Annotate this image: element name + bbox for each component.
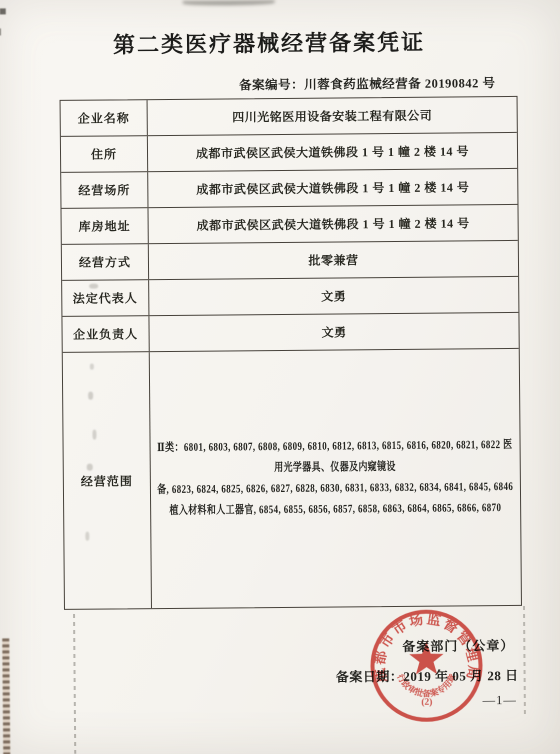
row-label: 企业名称	[61, 100, 148, 136]
table-row: 库房地址 成都市武侯区武侯大道铁佛段 1 号 1 幢 2 楼 14 号	[61, 205, 517, 245]
seal-number: (2)	[421, 697, 432, 708]
table-row: 企业负责人 文勇	[62, 313, 518, 353]
bleed-through-line	[73, 614, 76, 754]
row-label: 法定代表人	[62, 280, 149, 316]
row-value: 成都市武侯区武侯大道铁佛段 1 号 1 幢 2 楼 14 号	[148, 133, 517, 171]
scan-smudge	[183, 0, 275, 6]
record-number-value: 川蓉食药监械经营备 20190842 号	[304, 76, 495, 92]
bleed-through-line	[523, 606, 525, 718]
scanned-page: 第二类医疗器械经营备案凭证 备案编号：川蓉食药监械经营备 20190842 号 …	[0, 0, 560, 754]
row-value: 文勇	[149, 277, 518, 315]
table-row: 经营场所 成都市武侯区武侯大道铁佛段 1 号 1 幢 2 楼 14 号	[61, 169, 517, 209]
scope-line: Ⅱ类：6801, 6803, 6807, 6808, 6809, 6810, 6…	[157, 435, 513, 459]
row-label: 企业负责人	[62, 316, 149, 352]
row-value: 文勇	[149, 313, 518, 351]
row-value: 批零兼营	[149, 241, 518, 279]
row-label: 库房地址	[61, 208, 148, 244]
table-row-business-scope: 经营范围 Ⅱ类：6801, 6803, 6807, 6808, 6809, 68…	[63, 349, 521, 609]
table-row: 企业名称 四川光铭医用设备安装工程有限公司	[61, 97, 517, 137]
table-row: 经营方式 批零兼营	[62, 241, 518, 281]
record-number: 备案编号：川蓉食药监械经营备 20190842 号	[239, 73, 495, 93]
page-title: 第二类医疗器械经营备案凭证	[0, 25, 549, 61]
svg-text:行政审批备案专用章: 行政审批备案专用章	[395, 672, 458, 699]
document-sheet: 第二类医疗器械经营备案凭证 备案编号：川蓉食药监械经营备 20190842 号 …	[0, 0, 560, 754]
business-scope-text: Ⅱ类：6801, 6803, 6807, 6808, 6809, 6810, 6…	[157, 435, 514, 522]
scan-edge-mark	[0, 8, 6, 14]
table-row: 住所 成都市武侯区武侯大道铁佛段 1 号 1 幢 2 楼 14 号	[61, 133, 517, 173]
row-label: 经营范围	[63, 352, 152, 609]
binding-edge	[2, 638, 10, 754]
certificate-table: 企业名称 四川光铭医用设备安装工程有限公司 住所 成都市武侯区武侯大道铁佛段 1…	[60, 96, 522, 610]
seal-bottom-text: 行政审批备案专用章	[395, 672, 458, 699]
official-seal: 成都市市场监督管理局 行政审批备案专用章 (2)	[364, 603, 489, 728]
row-value-business-scope: Ⅱ类：6801, 6803, 6807, 6808, 6809, 6810, 6…	[150, 349, 521, 608]
scope-line: 植入材料和人工器官, 6854, 6855, 6856, 6857, 6858,…	[158, 498, 514, 522]
record-number-label: 备案编号：	[239, 78, 304, 93]
row-value: 四川光铭医用设备安装工程有限公司	[148, 97, 517, 135]
seal-star-icon	[409, 642, 443, 675]
table-row: 法定代表人 文勇	[62, 277, 518, 317]
row-value: 成都市武侯区武侯大道铁佛段 1 号 1 幢 2 楼 14 号	[148, 205, 517, 243]
row-label: 经营方式	[62, 244, 149, 280]
row-label: 住所	[61, 136, 148, 172]
row-value: 成都市武侯区武侯大道铁佛段 1 号 1 幢 2 楼 14 号	[148, 169, 517, 207]
row-label: 经营场所	[61, 172, 148, 208]
